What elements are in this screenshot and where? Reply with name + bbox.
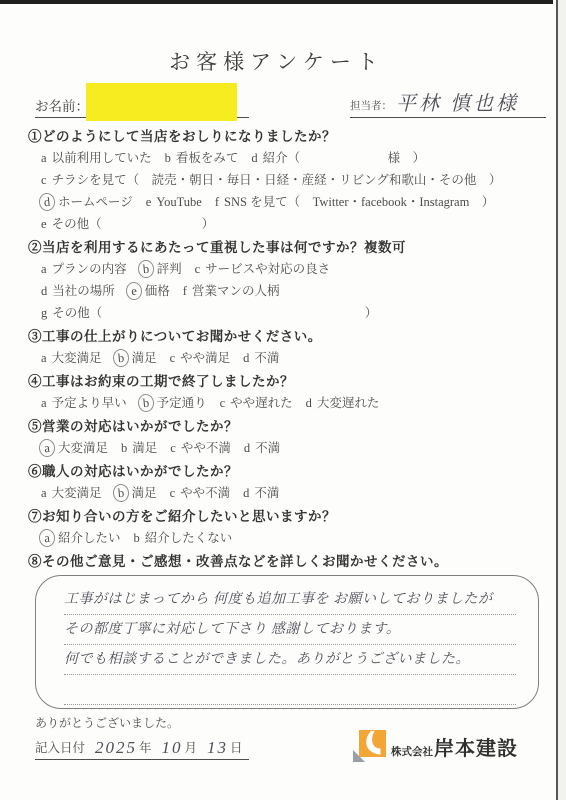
- answer-option: b紹介したくない: [134, 531, 233, 545]
- staff-label: 担当者：: [350, 98, 392, 116]
- option-label: その他（ ）: [52, 306, 377, 320]
- option-letter: c: [220, 392, 226, 414]
- answer-option: b満足: [115, 486, 157, 500]
- fill-date-month: 10: [162, 738, 183, 758]
- option-line: eその他（ ）: [28, 213, 530, 235]
- option-label: 当社の場所: [52, 284, 115, 298]
- answer-option: dホームページ: [41, 195, 133, 209]
- question-7: ⑦お知り合いの方をご紹介したいと思いますか？a紹介したいb紹介したくない: [28, 506, 530, 549]
- option-line: cチラシを見て（ 読売・朝日・毎日・日経・産経・リビング和歌山・その他 ）: [28, 169, 530, 191]
- fill-date-year: 2025: [95, 738, 137, 758]
- option-line: a紹介したいb紹介したくない: [28, 527, 530, 549]
- selected-option-circle: b: [137, 393, 155, 412]
- answer-option: aプランの内容: [41, 262, 127, 276]
- question-3: ③工事の仕上がりについてお聞かせください。a大変満足b満足cやや満足d不満: [28, 326, 530, 369]
- option-label: チラシを見て（ 読売・朝日・毎日・日経・産経・リビング和歌山・その他 ）: [52, 173, 502, 187]
- option-letter: d: [244, 437, 250, 459]
- question-8: ⑧その他ご意見・ご感想・改善点などを詳しくお聞かせください。: [28, 551, 530, 572]
- answer-option: eその他（ ）: [41, 217, 214, 231]
- option-label: 看板をみて: [176, 151, 239, 165]
- question-4: ④工事はお約束の工期で終了しましたか？a予定より早いb予定通りcやや遅れたd大変…: [28, 371, 530, 414]
- page-title: お客様アンケート: [0, 46, 553, 76]
- scan-margin-right: [558, 0, 566, 800]
- scan-edge-right: [556, 0, 558, 800]
- option-label: ホームページ: [58, 195, 133, 209]
- option-letter: b: [121, 437, 127, 459]
- option-label: 以前利用していた: [52, 151, 152, 165]
- answer-option: a大変満足: [41, 441, 108, 455]
- option-label: 紹介したくない: [145, 531, 233, 545]
- comment-box: 工事がはじまってから 何度も追加工事を お願いしておりましたがその都度丁寧に対応…: [35, 575, 539, 709]
- question-heading: ⑦お知り合いの方をご紹介したいと思いますか？: [28, 506, 530, 527]
- name-redaction-highlight: [86, 83, 237, 121]
- year-unit: 年: [139, 738, 152, 758]
- question-2: ②当店を利用するにあたって重視した事は何ですか？複数可aプランの内容b評判cサー…: [28, 237, 530, 324]
- option-letter: d: [243, 482, 249, 504]
- option-line: a以前利用していたb看板をみてd紹介（ 様 ）: [28, 147, 530, 169]
- option-label: 不満: [254, 486, 279, 500]
- answer-option: a大変満足: [41, 486, 102, 500]
- option-line: a予定より早いb予定通りcやや遅れたd大変遅れた: [28, 392, 530, 414]
- option-line: d当社の場所e価格f営業マンの人柄: [28, 280, 530, 302]
- option-label: SNS を見て（ Twitter・facebook・Instagram ）: [224, 195, 494, 209]
- answer-option: b満足: [121, 441, 157, 455]
- option-line: a大変満足b満足cやや不満d不満: [28, 437, 530, 459]
- answer-option: d不満: [243, 486, 279, 500]
- option-letter: c: [41, 169, 47, 191]
- option-label: YouTube: [156, 195, 202, 209]
- option-letter: a: [41, 482, 47, 504]
- option-letter: d: [243, 347, 249, 369]
- answer-option: a大変満足: [41, 351, 102, 365]
- question-heading: ⑤営業の対応はいかがでしたか？: [28, 416, 530, 437]
- answer-option: a予定より早い: [41, 396, 127, 410]
- answer-option: a以前利用していた: [41, 151, 152, 165]
- selected-option-circle: a: [38, 528, 56, 547]
- option-letter: c: [170, 347, 176, 369]
- question-heading: ⑥職人の対応はいかがでしたか？: [28, 461, 530, 482]
- option-label: 大変遅れた: [317, 396, 380, 410]
- option-label: 大変満足: [52, 351, 102, 365]
- answer-option: fSNS を見て（ Twitter・facebook・Instagram ）: [215, 195, 494, 209]
- selected-option-circle: b: [112, 483, 130, 502]
- handwritten-comment-line: 何でも相談することができました。ありがとうございました。: [64, 645, 516, 675]
- option-label: 評判: [157, 262, 182, 276]
- question-heading: ④工事はお約束の工期で終了しましたか？: [28, 371, 530, 392]
- answer-option: e価格: [128, 284, 170, 298]
- company-logo: 株式会社 岸本建設: [352, 728, 518, 764]
- option-letter: b: [165, 147, 171, 169]
- answer-option: b看板をみて: [165, 151, 239, 165]
- option-label: 不満: [255, 441, 280, 455]
- answer-option: eYouTube: [146, 195, 202, 209]
- option-label: 不満: [254, 351, 279, 365]
- option-letter: f: [183, 280, 187, 302]
- option-label: 満足: [132, 441, 157, 455]
- answer-option: d不満: [243, 351, 279, 365]
- option-letter: c: [170, 482, 176, 504]
- option-line: a大変満足b満足cやや不満d不満: [28, 482, 530, 504]
- option-label: 営業マンの人柄: [192, 284, 280, 298]
- handwritten-comment-line: [64, 675, 516, 705]
- answer-option: d大変遅れた: [306, 396, 380, 410]
- option-label: 満足: [132, 486, 157, 500]
- option-label: サービスや対応の良さ: [205, 262, 330, 276]
- answer-option: cやや不満: [170, 486, 231, 500]
- option-label: 満足: [132, 351, 157, 365]
- answer-option: cサービスや対応の良さ: [195, 262, 331, 276]
- company-prefix: 株式会社: [391, 744, 433, 759]
- option-letter: a: [41, 392, 47, 414]
- question-heading: ②当店を利用するにあたって重視した事は何ですか？複数可: [28, 237, 530, 258]
- option-label: 大変満足: [58, 441, 108, 455]
- fill-date-day: 13: [207, 738, 228, 758]
- answer-option: b満足: [115, 351, 157, 365]
- option-label: やや遅れた: [230, 396, 293, 410]
- questions: ①どのようにして当店をおしりになりましたか？a以前利用していたb看板をみてd紹介…: [28, 124, 530, 572]
- question-1: ①どのようにして当店をおしりになりましたか？a以前利用していたb看板をみてd紹介…: [28, 126, 530, 235]
- option-label: 予定通り: [157, 396, 207, 410]
- option-label: プランの内容: [52, 262, 127, 276]
- option-label: やや満足: [180, 351, 230, 365]
- month-unit: 月: [185, 738, 198, 758]
- question-6: ⑥職人の対応はいかがでしたか？a大変満足b満足cやや不満d不満: [28, 461, 530, 504]
- option-label: やや不満: [180, 486, 230, 500]
- option-letter: a: [41, 347, 47, 369]
- option-letter: c: [195, 258, 201, 280]
- answer-option: cやや遅れた: [220, 396, 293, 410]
- survey-sheet: お客様アンケート お名前： 担当者： 平林 慎也様 ①どのようにして当店をおしり…: [0, 0, 566, 800]
- company-name: 株式会社 岸本建設: [391, 732, 518, 761]
- answer-option: d当社の場所: [41, 284, 115, 298]
- selected-option-circle: b: [137, 259, 155, 278]
- answer-option: cチラシを見て（ 読売・朝日・毎日・日経・産経・リビング和歌山・その他 ）: [41, 173, 501, 187]
- option-label: 予定より早い: [52, 396, 127, 410]
- handwritten-comment-line: その都度丁寧に対応して下さり 感謝しております。: [64, 615, 516, 645]
- selected-option-circle: d: [38, 192, 56, 211]
- staff-name-handwritten: 平林 慎也様: [396, 87, 519, 116]
- company-name-text: 岸本建設: [434, 732, 518, 761]
- answer-option: b予定通り: [140, 396, 207, 410]
- selected-option-circle: e: [125, 281, 143, 300]
- option-letter: d: [306, 392, 312, 414]
- selected-option-circle: b: [112, 348, 130, 367]
- answer-option: d紹介（ 様 ）: [251, 151, 425, 165]
- thanks-note: ありがとうございました。: [35, 714, 179, 731]
- option-letter: d: [251, 147, 257, 169]
- option-letter: c: [170, 437, 176, 459]
- option-line: a大変満足b満足cやや満足d不満: [28, 347, 530, 369]
- answer-option: d不満: [244, 441, 280, 455]
- option-letter: g: [41, 302, 47, 324]
- day-unit: 日: [230, 738, 243, 758]
- option-letter: e: [146, 191, 152, 213]
- answer-option: gその他（ ）: [41, 306, 377, 320]
- answer-option: cやや不満: [170, 441, 231, 455]
- fill-date-label: 記入日付: [35, 738, 85, 758]
- answer-option: cやや満足: [170, 351, 231, 365]
- option-line: gその他（ ）: [28, 302, 530, 324]
- option-label: 紹介（ 様 ）: [263, 151, 426, 165]
- option-label: やや不満: [181, 441, 231, 455]
- staff-field: 担当者： 平林 慎也様: [350, 80, 546, 118]
- question-heading: ③工事の仕上がりについてお聞かせください。: [28, 326, 530, 347]
- answer-option: a紹介したい: [41, 531, 121, 545]
- option-letter: a: [41, 258, 47, 280]
- answer-option: f営業マンの人柄: [183, 284, 280, 298]
- option-label: 紹介したい: [58, 531, 121, 545]
- option-label: その他（ ）: [52, 217, 215, 231]
- handwritten-comment-line: 工事がはじまってから 何度も追加工事を お願いしておりましたが: [64, 585, 516, 615]
- option-label: 大変満足: [52, 486, 102, 500]
- option-letter: f: [215, 191, 219, 213]
- customer-name-label: お名前：: [35, 95, 89, 115]
- option-label: 価格: [145, 284, 170, 298]
- selected-option-circle: a: [38, 438, 56, 457]
- question-heading: ⑧その他ご意見・ご感想・改善点などを詳しくお聞かせください。: [28, 551, 530, 572]
- option-line: dホームページeYouTubefSNS を見て（ Twitter・faceboo…: [28, 191, 530, 213]
- option-letter: a: [41, 147, 47, 169]
- option-letter: b: [134, 527, 140, 549]
- company-logo-icon: [352, 728, 386, 764]
- scan-edge-top: [0, 0, 553, 4]
- option-letter: e: [41, 213, 47, 235]
- question-heading: ①どのようにして当店をおしりになりましたか？: [28, 126, 530, 147]
- question-5: ⑤営業の対応はいかがでしたか？a大変満足b満足cやや不満d不満: [28, 416, 530, 459]
- option-letter: d: [41, 280, 47, 302]
- answer-option: b評判: [140, 262, 182, 276]
- option-line: aプランの内容b評判cサービスや対応の良さ: [28, 258, 530, 280]
- fill-date-field: 記入日付 2025 年 10 月 13 日: [35, 732, 249, 760]
